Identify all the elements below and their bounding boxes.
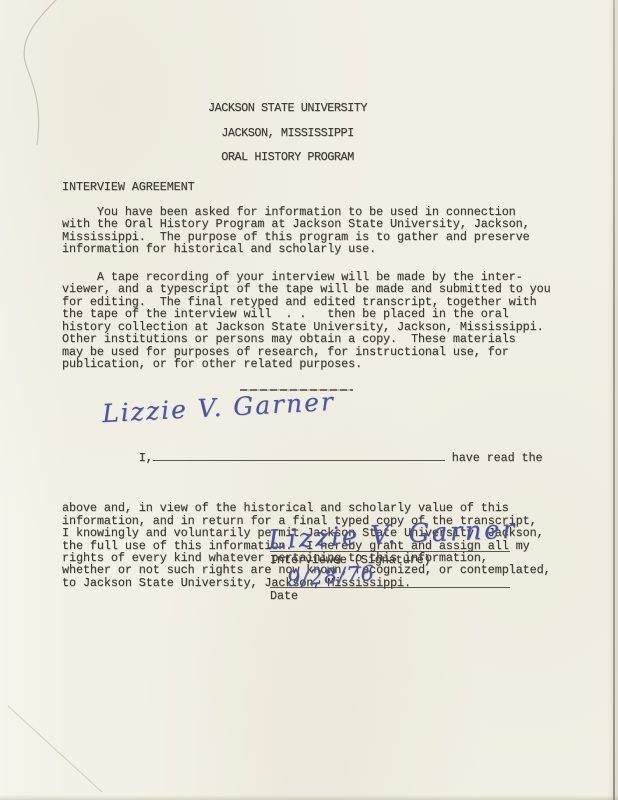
scanned-document-page: JACKSON STATE UNIVERSITY JACKSON, MISSIS… (0, 0, 618, 800)
agreement-after-blank: have read the (452, 451, 543, 465)
paragraph-tape-recording: A tape recording of your interview will … (62, 271, 551, 371)
section-title: INTERVIEW AGREEMENT (62, 181, 195, 193)
interviewee-signature-rule (270, 551, 510, 552)
letterhead: JACKSON STATE UNIVERSITY JACKSON, MISSIS… (0, 96, 575, 170)
name-blank-underline (153, 449, 445, 461)
agreement-first-line: I,have read the (62, 437, 551, 477)
date-label: Date (270, 590, 298, 602)
page-right-edge-line (613, 0, 615, 800)
page-bottom-edge-shadow (0, 795, 618, 800)
paragraph-purpose: You have been asked for information to b… (62, 206, 530, 256)
date-rule (270, 587, 510, 588)
agreement-lead-in: I, (104, 451, 153, 465)
